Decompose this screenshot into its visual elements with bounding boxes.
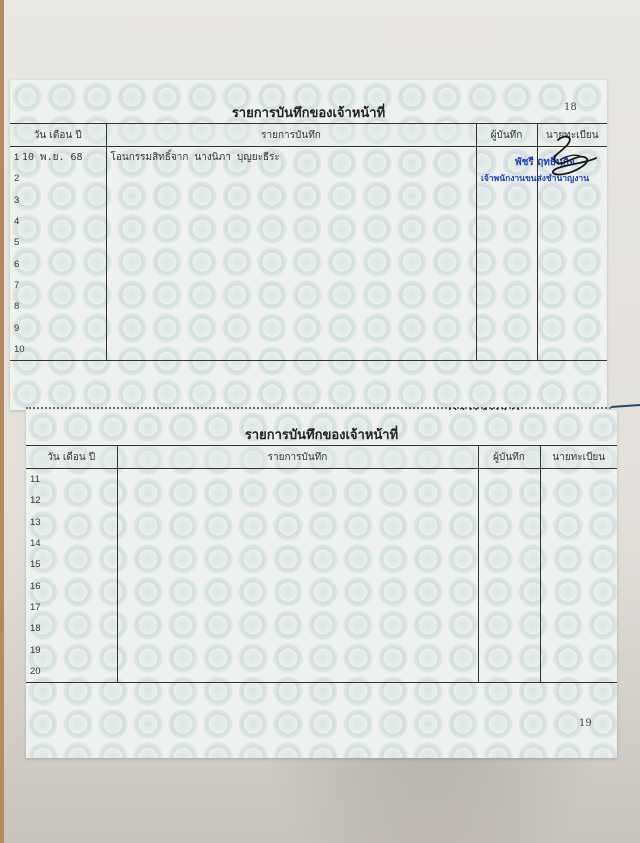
table-row: 8	[10, 296, 607, 317]
column-header-registrar: นายทะเบียน	[540, 446, 617, 469]
column-header-recorder: ผู้บันทึก	[478, 446, 540, 469]
column-header-entry: รายการบันทึก	[117, 446, 478, 469]
row-number: 20	[26, 661, 117, 683]
row-number: 12	[26, 490, 117, 511]
column-header-entry: รายการบันทึก	[106, 124, 476, 147]
table-row: 4	[10, 211, 607, 232]
table-row: 20	[26, 661, 617, 683]
page-title: รายการบันทึกของเจ้าหน้าที่	[10, 102, 607, 123]
perforation-line	[26, 407, 611, 409]
row-number: 7	[10, 275, 106, 296]
records-table: วัน เดือน ปี รายการบันทึก ผู้บันทึก นายท…	[26, 445, 617, 683]
table-row: 3	[10, 190, 607, 211]
record-page-18: รายการบันทึกของเจ้าหน้าที่ 18 วัน เดือน …	[10, 80, 607, 410]
page-title: รายการบันทึกของเจ้าหน้าที่	[26, 424, 617, 445]
column-header-date: วัน เดือน ปี	[26, 446, 117, 469]
row-number: 10	[10, 339, 106, 361]
row-number: 17	[26, 597, 117, 618]
row-number: 13	[26, 512, 117, 533]
table-row: 11	[26, 469, 617, 491]
table-row: 9	[10, 317, 607, 338]
row-number: 19	[26, 639, 117, 660]
row-number: 2	[10, 168, 106, 189]
table-row: 16	[26, 575, 617, 596]
table-row: 19	[26, 639, 617, 660]
table-row: 15	[26, 554, 617, 575]
row-number: 9	[10, 317, 106, 338]
table-row: 18	[26, 618, 617, 639]
row-number: 6	[10, 253, 106, 274]
row-number: 5	[10, 232, 106, 253]
row-number: 14	[26, 533, 117, 554]
table-row: 17	[26, 597, 617, 618]
row-number: 3	[10, 190, 106, 211]
row-entry: โอนกรรมสิทธิ์จาก นางนิภา บุญยะธีระ	[107, 152, 280, 163]
record-page-19: รายการบันทึกของเจ้าหน้าที่ วัน เดือน ปี …	[26, 410, 617, 758]
table-row: 6	[10, 253, 607, 274]
table-row: 7	[10, 275, 607, 296]
page-number: 19	[579, 718, 592, 729]
row-number: 15	[26, 554, 117, 575]
row-number: 1	[14, 152, 19, 163]
table-row: 14	[26, 533, 617, 554]
row-number: 4	[10, 211, 106, 232]
column-header-recorder: ผู้บันทึก	[476, 124, 537, 147]
table-row: 10	[10, 339, 607, 361]
table-row: 12	[26, 490, 617, 511]
row-number: 8	[10, 296, 106, 317]
row-number: 11	[26, 469, 117, 491]
table-row: 5	[10, 232, 607, 253]
table-row: 13	[26, 512, 617, 533]
column-header-date: วัน เดือน ปี	[10, 124, 106, 147]
row-number: 16	[26, 575, 117, 596]
registrar-signature-icon	[530, 132, 600, 182]
table-edge	[0, 0, 4, 843]
page-number: 18	[564, 102, 577, 113]
row-number: 18	[26, 618, 117, 639]
row-date: 10 พ.ย. 68	[22, 152, 83, 163]
